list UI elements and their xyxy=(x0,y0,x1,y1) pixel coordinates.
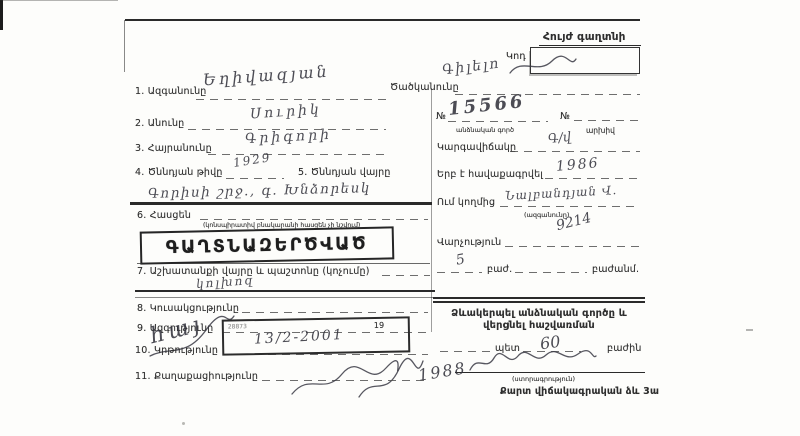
dashed-line xyxy=(500,206,640,207)
codename-label: Ծածկանունը xyxy=(390,82,459,93)
date-stamp-handwriting: 13/2-2001 xyxy=(254,327,345,348)
recruited-year-handwriting: 1986 xyxy=(555,155,600,175)
file-sub-label: անձնական գործ xyxy=(456,126,514,134)
field-3-no: 3. xyxy=(135,143,144,154)
signature-sub-label: (ստորագրություն) xyxy=(512,375,575,383)
division-label: բաժին xyxy=(607,343,642,354)
dashed-line xyxy=(196,99,386,100)
scanned-card-page: Հույժ գաղտնի Կոդ Ծածկանունը Գիլելո № 155… xyxy=(0,0,800,436)
secrecy-stamp: Հույժ գաղտնի xyxy=(543,31,626,43)
file-no-label: № xyxy=(436,111,446,122)
date-stamp: 28873 19 13/2-2001 xyxy=(222,316,411,355)
firstname-handwriting: Սուրիկ xyxy=(250,102,323,123)
dashed-line xyxy=(545,178,640,179)
dashed-line xyxy=(437,272,482,273)
heavy-underline xyxy=(135,290,435,292)
declassified-stamp: ԳԱՂՏՆԱԶԵՐԾՎԱԾ xyxy=(140,226,395,264)
scan-speck xyxy=(182,422,185,425)
status-handwriting: Գ/վ xyxy=(547,130,572,147)
status-label: Կարգավիճակը xyxy=(437,142,516,153)
field-6-no: 6. xyxy=(137,210,146,221)
field-2-no: 2. xyxy=(135,118,144,129)
dept-label: բաժ. xyxy=(487,264,512,275)
dashed-line xyxy=(574,120,640,121)
workplace-handwriting: կոլխոզ xyxy=(196,273,256,291)
dashed-line xyxy=(515,272,587,273)
patronymic-handwriting: Գրիգորի xyxy=(245,127,333,148)
citizenship-scribble xyxy=(290,360,400,398)
rule-line xyxy=(137,263,430,264)
by-whom-label: Ում կողմից xyxy=(437,197,495,208)
field-11-label: Քաղաքացիությունը xyxy=(154,371,258,382)
declassified-stamp-text: ԳԱՂՏՆԱԶԵՐԾՎԱԾ xyxy=(166,233,369,257)
order-line-2: վերցնել հաշվառման xyxy=(433,320,645,331)
date-stamp-year-prefix: 19 xyxy=(374,321,385,330)
birthplace-handwriting: Գորիսի շրջ., գ. Խնձորեսկ xyxy=(148,180,371,202)
dept-number-handwriting: 5 xyxy=(455,251,467,268)
rule-line xyxy=(135,297,433,298)
archive-no-label: № xyxy=(560,111,570,122)
dashed-line xyxy=(448,121,548,122)
dashed-line xyxy=(226,178,284,179)
field-4-no: 4. xyxy=(135,167,144,178)
file-number-handwriting: 15566 xyxy=(447,91,526,120)
field-1-label: Ազգանունը xyxy=(148,86,207,97)
field-5-label: Ծննդյան վայրը xyxy=(311,167,391,178)
dashed-line xyxy=(242,312,428,313)
signature-line xyxy=(455,372,645,373)
scan-edge-artifact xyxy=(0,0,3,30)
column-divider xyxy=(431,88,432,332)
form-name: Քարտ վիճակագրական ձև 3ա xyxy=(500,386,659,397)
date-stamp-number: 28873 xyxy=(228,323,247,330)
by-whom-handwriting: Նալբանդյան Վ. xyxy=(505,183,618,203)
order-line-1: Ձևակերպել անձնական գործը և xyxy=(433,308,645,319)
field-2-label: Անունը xyxy=(148,118,185,129)
dashed-line xyxy=(510,151,640,152)
field-1-no: 1. xyxy=(135,86,144,97)
field-10-label: Կրթությունը xyxy=(154,345,218,356)
surname-handwriting: Եղիվազյան xyxy=(202,62,330,90)
subdept-label: բաժանմ. xyxy=(592,264,639,275)
dashed-line xyxy=(382,275,430,276)
field-7-label: Աշխատանքի վայրը և պաշտոնը (կոչումը) xyxy=(150,266,370,277)
card-left-border xyxy=(124,20,125,72)
archive-sub-label: արխիվ xyxy=(586,126,615,135)
field-4-label: Ծննդյան թիվը xyxy=(148,167,223,178)
recruited-label: Երբ է հավաքագրվել xyxy=(437,169,543,180)
signature-scribble xyxy=(468,350,598,374)
dashed-line xyxy=(200,219,428,220)
codename-handwriting: Գիլելո xyxy=(441,55,501,78)
field-11-no: 11. xyxy=(135,371,151,382)
scan-edge-artifact xyxy=(0,0,118,1)
field-10-no: 10. xyxy=(135,345,151,356)
directorate-label: Վարչություն xyxy=(437,237,501,248)
heavy-underline xyxy=(130,202,432,205)
double-rule xyxy=(433,297,645,299)
card-top-border xyxy=(125,19,640,21)
field-6-label: Հասցեն xyxy=(150,210,191,221)
scan-speck xyxy=(746,329,753,331)
field-5-no: 5. xyxy=(298,167,307,178)
field-3-label: Հայրանունը xyxy=(148,143,212,154)
secrecy-underline xyxy=(539,45,641,46)
codename-flourish xyxy=(508,55,578,77)
dashed-line xyxy=(505,246,640,247)
field-7-no: 7. xyxy=(137,266,146,277)
double-rule xyxy=(433,301,645,303)
